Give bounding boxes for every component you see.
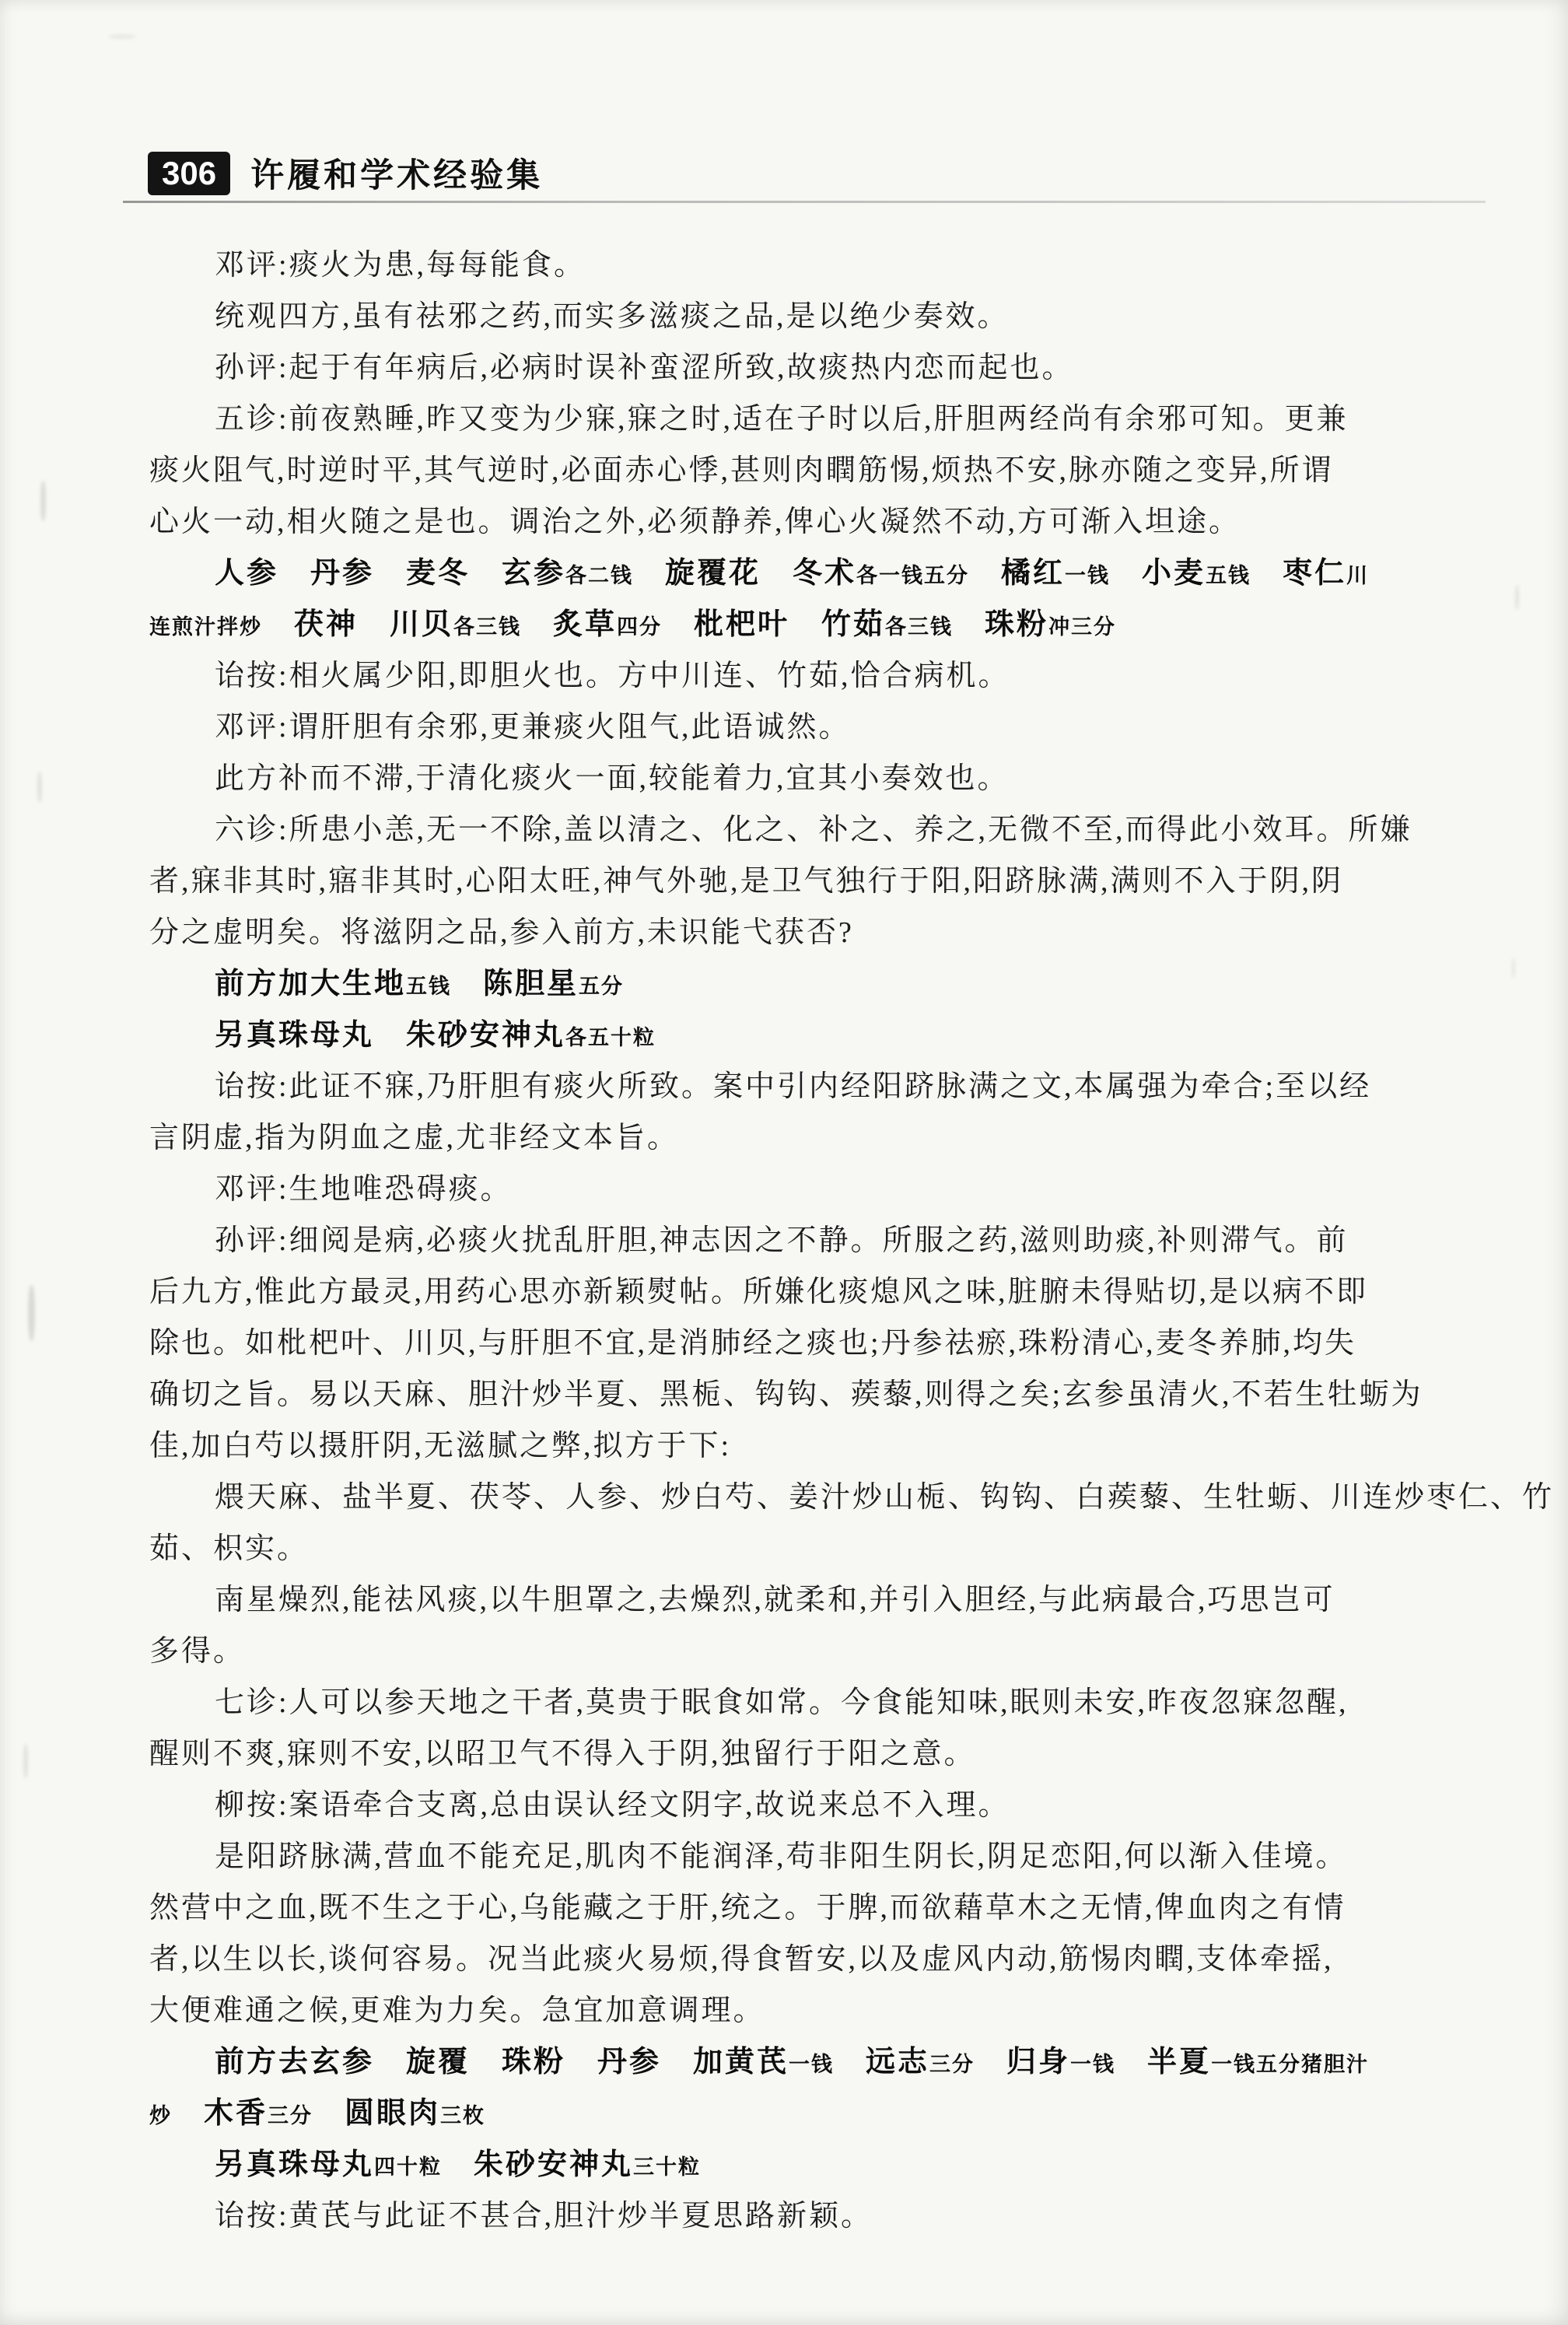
body-text: 六诊:所患小恙,无一不除,盖以清之、化之、补之、养之,无微不至,而得此小效耳。所… bbox=[215, 814, 1412, 846]
body-text: 然营中之血,既不生之于心,乌能藏之于肝,统之。于脾,而欲藉草木之无情,俾血肉之有… bbox=[149, 1892, 1346, 1924]
dosage-small-text: 五分 bbox=[579, 975, 624, 998]
body-text: 邓评:生地唯恐碍痰。 bbox=[215, 1173, 513, 1206]
text-body: 邓评:痰火为患,每每能食。统观四方,虽有祛邪之药,而实多滋痰之品,是以绝少奏效。… bbox=[149, 240, 1504, 2242]
text-line: 人参 丹参 麦冬 玄参各二钱 旋覆花 冬术各一钱五分 橘红一钱 小麦五钱 枣仁川 bbox=[149, 548, 1504, 599]
body-text: 佳,加白芍以摄肝阴,无滋腻之弊,拟方于下: bbox=[149, 1430, 731, 1462]
scan-artifact bbox=[40, 481, 46, 521]
header-divider bbox=[123, 201, 1486, 203]
text-line: 诒按:相火属少阳,即胆火也。方中川连、竹茹,恰合病机。 bbox=[149, 650, 1504, 702]
body-text: 分之虚明矣。将滋阴之品,参入前方,未识能弋获否? bbox=[149, 916, 854, 949]
body-text: 另真珠母丸 bbox=[215, 2148, 374, 2181]
body-text: 枣仁 bbox=[1251, 557, 1346, 590]
body-text: 炙草 bbox=[521, 608, 617, 641]
dosage-small-text: 一钱 bbox=[789, 2053, 834, 2076]
dosage-small-text: 三分 bbox=[268, 2104, 313, 2127]
book-title: 许履和学术经验集 bbox=[250, 149, 543, 197]
body-text: 邓评:痰火为患,每每能食。 bbox=[215, 249, 586, 282]
body-text: 诒按:相火属少阳,即胆火也。方中川连、竹茹,恰合病机。 bbox=[215, 660, 1010, 692]
body-text: 除也。如枇杷叶、川贝,与肝胆不宜,是消肺经之痰也;丹参祛瘀,珠粉清心,麦冬养肺,… bbox=[149, 1327, 1356, 1360]
text-line: 然营中之血,既不生之于心,乌能藏之于肝,统之。于脾,而欲藉草木之无情,俾血肉之有… bbox=[149, 1882, 1504, 1934]
text-line: 醒则不爽,寐则不安,以昭卫气不得入于阴,独留行于阳之意。 bbox=[149, 1728, 1504, 1780]
scan-artifact bbox=[28, 1285, 35, 1341]
dosage-small-text: 五钱 bbox=[406, 975, 451, 998]
body-text: 小麦 bbox=[1110, 557, 1206, 590]
text-line: 分之虚明矣。将滋阴之品,参入前方,未识能弋获否? bbox=[149, 907, 1504, 958]
text-line: 七诊:人可以参天地之干者,莫贵于眠食如常。今食能知味,眠则未安,昨夜忽寐忽醒, bbox=[149, 1677, 1504, 1728]
body-text: 者,以生以长,谈何容易。况当此痰火易烦,得食暂安,以及虚风内动,筋惕肉瞤,支体牵… bbox=[149, 1943, 1334, 1976]
text-line: 后九方,惟此方最灵,用药心思亦新颖熨帖。所嫌化痰熄风之味,脏腑未得贴切,是以病不… bbox=[149, 1266, 1504, 1318]
text-line: 前方去玄参 旋覆 珠粉 丹参 加黄芪一钱 远志三分 归身一钱 半夏一钱五分猪胆汁 bbox=[149, 2036, 1504, 2088]
text-line: 者,以生以长,谈何容易。况当此痰火易烦,得食暂安,以及虚风内动,筋惕肉瞤,支体牵… bbox=[149, 1934, 1504, 1985]
body-text: 人参 丹参 麦冬 玄参 bbox=[215, 557, 565, 590]
text-line: 除也。如枇杷叶、川贝,与肝胆不宜,是消肺经之痰也;丹参祛瘀,珠粉清心,麦冬养肺,… bbox=[149, 1318, 1504, 1369]
body-text: 茹、枳实。 bbox=[149, 1532, 309, 1565]
dosage-small-text: 各二钱 bbox=[565, 564, 633, 587]
body-text: 此方补而不滞,于清化痰火一面,较能着力,宜其小奏效也。 bbox=[215, 762, 1010, 795]
body-text: 朱砂安神丸 bbox=[442, 2148, 633, 2181]
text-line: 孙评:细阅是病,必痰火扰乱肝胆,神志因之不静。所服之药,滋则助痰,补则滞气。前 bbox=[149, 1215, 1504, 1266]
body-text: 陈胆星 bbox=[451, 968, 579, 1000]
body-text: 归身 bbox=[975, 2046, 1070, 2078]
body-text: 诒按:此证不寐,乃肝胆有痰火所致。案中引内经阳跻脉满之文,本属强为牵合;至以经 bbox=[215, 1070, 1371, 1103]
body-text: 珠粉 bbox=[953, 608, 1048, 641]
body-text: 邓评:谓肝胆有余邪,更兼痰火阻气,此语诚然。 bbox=[215, 711, 851, 744]
body-text: 多得。 bbox=[149, 1635, 245, 1668]
text-line: 邓评:生地唯恐碍痰。 bbox=[149, 1164, 1504, 1215]
text-line: 确切之旨。易以天麻、胆汁炒半夏、黑栀、钩钩、蒺藜,则得之矣;玄参虽清火,不若生牡… bbox=[149, 1369, 1504, 1420]
text-line: 统观四方,虽有祛邪之药,而实多滋痰之品,是以绝少奏效。 bbox=[149, 291, 1504, 342]
body-text: 大便难通之候,更难为力矣。急宜加意调理。 bbox=[149, 1994, 765, 2027]
body-text: 远志 bbox=[834, 2046, 929, 2078]
body-text: 南星燥烈,能祛风痰,以牛胆罩之,去燥烈,就柔和,并引入胆经,与此病最合,巧思岂可 bbox=[215, 1584, 1335, 1616]
text-line: 炒 木香三分 圆眼肉三枚 bbox=[149, 2088, 1504, 2139]
body-text: 五诊:前夜熟睡,昨又变为少寐,寐之时,适在子时以后,肝胆两经尚有余邪可知。更兼 bbox=[215, 403, 1349, 436]
book-page: 306 许履和学术经验集 邓评:痰火为患,每每能食。统观四方,虽有祛邪之药,而实… bbox=[0, 0, 1568, 2325]
dosage-small-text: 三枚 bbox=[440, 2104, 485, 2127]
body-text: 者,寐非其时,寤非其时,心阳太旺,神气外驰,是卫气独行于阳,阳跻脉满,满则不入于… bbox=[149, 865, 1343, 898]
dosage-small-text: 各三钱 bbox=[453, 615, 521, 639]
body-text: 痰火阻气,时逆时平,其气逆时,必面赤心悸,甚则肉瞤筋惕,烦热不安,脉亦随之变异,… bbox=[149, 454, 1334, 487]
body-text: 言阴虚,指为阴血之虚,尤非经文本旨。 bbox=[149, 1122, 679, 1154]
body-text: 诒按:黄芪与此证不甚合,胆汁炒半夏思路新颖。 bbox=[215, 2200, 873, 2232]
dosage-small-text: 一钱 bbox=[1065, 564, 1110, 587]
text-line: 连煎汁拌炒 茯神 川贝各三钱 炙草四分 枇杷叶 竹茹各三钱 珠粉冲三分 bbox=[149, 599, 1504, 650]
body-text: 木香 bbox=[172, 2097, 268, 2130]
body-text: 前方去玄参 旋覆 珠粉 丹参 加黄芪 bbox=[215, 2046, 789, 2078]
body-text: 另真珠母丸 朱砂安神丸 bbox=[215, 1019, 565, 1052]
dosage-small-text: 四十粒 bbox=[374, 2155, 442, 2179]
dosage-small-text: 五钱 bbox=[1206, 564, 1251, 587]
text-line: 大便难通之候,更难为力矣。急宜加意调理。 bbox=[149, 1985, 1504, 2036]
text-line: 言阴虚,指为阴血之虚,尤非经文本旨。 bbox=[149, 1112, 1504, 1164]
text-line: 邓评:痰火为患,每每能食。 bbox=[149, 240, 1504, 291]
text-line: 邓评:谓肝胆有余邪,更兼痰火阻气,此语诚然。 bbox=[149, 702, 1504, 753]
body-text: 七诊:人可以参天地之干者,莫贵于眠食如常。今食能知味,眠则未安,昨夜忽寐忽醒, bbox=[215, 1686, 1349, 1719]
text-line: 另真珠母丸四十粒 朱砂安神丸三十粒 bbox=[149, 2139, 1504, 2190]
body-text: 后九方,惟此方最灵,用药心思亦新颖熨帖。所嫌化痰熄风之味,脏腑未得贴切,是以病不… bbox=[149, 1276, 1368, 1308]
body-text: 孙评:细阅是病,必痰火扰乱肝胆,神志因之不静。所服之药,滋则助痰,补则滞气。前 bbox=[215, 1224, 1349, 1257]
body-text: 前方加大生地 bbox=[215, 968, 406, 1000]
text-line: 此方补而不滞,于清化痰火一面,较能着力,宜其小奏效也。 bbox=[149, 753, 1504, 804]
text-line: 者,寐非其时,寤非其时,心阳太旺,神气外驰,是卫气独行于阳,阳跻脉满,满则不入于… bbox=[149, 856, 1504, 907]
body-text: 是阳跻脉满,营血不能充足,肌肉不能润泽,苟非阳生阴长,阴足恋阳,何以渐入佳境。 bbox=[215, 1840, 1348, 1873]
dosage-small-text: 四分 bbox=[617, 615, 662, 639]
body-text: 煨天麻、盐半夏、茯苓、人参、炒白芍、姜汁炒山栀、钩钩、白蒺藜、生牡蛎、川连炒枣仁… bbox=[215, 1481, 1554, 1514]
text-line: 煨天麻、盐半夏、茯苓、人参、炒白芍、姜汁炒山栀、钩钩、白蒺藜、生牡蛎、川连炒枣仁… bbox=[149, 1472, 1504, 1523]
dosage-small-text: 各五十粒 bbox=[565, 1026, 656, 1049]
text-line: 痰火阻气,时逆时平,其气逆时,必面赤心悸,甚则肉瞤筋惕,烦热不安,脉亦随之变异,… bbox=[149, 445, 1504, 496]
dosage-small-text: 一钱五分猪胆汁 bbox=[1211, 2053, 1369, 2076]
body-text: 茯神 川贝 bbox=[262, 608, 453, 641]
text-line: 诒按:此证不寐,乃肝胆有痰火所致。案中引内经阳跻脉满之文,本属强为牵合;至以经 bbox=[149, 1061, 1504, 1112]
text-line: 心火一动,相火随之是也。调治之外,必须静养,俾心火凝然不动,方可渐入坦途。 bbox=[149, 496, 1504, 548]
body-text: 孙评:起于有年病后,必病时误补蛮涩所致,故痰热内恋而起也。 bbox=[215, 352, 1074, 384]
dosage-small-text: 连煎汁拌炒 bbox=[149, 615, 262, 639]
body-text: 醒则不爽,寐则不安,以昭卫气不得入于阴,独留行于阳之意。 bbox=[149, 1738, 976, 1770]
dosage-small-text: 炒 bbox=[149, 2104, 172, 2127]
scan-artifact bbox=[37, 772, 42, 803]
body-text: 半夏 bbox=[1115, 2046, 1211, 2078]
dosage-small-text: 三分 bbox=[929, 2053, 975, 2076]
text-line: 前方加大生地五钱 陈胆星五分 bbox=[149, 958, 1504, 1010]
scan-artifact bbox=[109, 34, 135, 39]
text-line: 佳,加白芍以摄肝阴,无滋腻之弊,拟方于下: bbox=[149, 1420, 1504, 1472]
text-line: 五诊:前夜熟睡,昨又变为少寐,寐之时,适在子时以后,肝胆两经尚有余邪可知。更兼 bbox=[149, 394, 1504, 445]
dosage-small-text: 三十粒 bbox=[633, 2155, 701, 2179]
body-text: 橘红 bbox=[969, 557, 1065, 590]
dosage-small-text: 各三钱 bbox=[885, 615, 953, 639]
text-line: 六诊:所患小恙,无一不除,盖以清之、化之、补之、养之,无微不至,而得此小效耳。所… bbox=[149, 804, 1504, 856]
text-line: 多得。 bbox=[149, 1626, 1504, 1677]
scan-artifact bbox=[1512, 958, 1515, 979]
body-text: 柳按:案语牵合支离,总由误认经文阴字,故说来总不入理。 bbox=[215, 1789, 1010, 1822]
dosage-small-text: 各一钱五分 bbox=[856, 564, 969, 587]
body-text: 旋覆花 冬术 bbox=[633, 557, 856, 590]
text-line: 茹、枳实。 bbox=[149, 1523, 1504, 1574]
scan-artifact bbox=[23, 1744, 28, 1778]
body-text: 圆眼肉 bbox=[313, 2097, 440, 2130]
body-text: 统观四方,虽有祛邪之药,而实多滋痰之品,是以绝少奏效。 bbox=[215, 300, 1010, 333]
text-line: 是阳跻脉满,营血不能充足,肌肉不能润泽,苟非阳生阴长,阴足恋阳,何以渐入佳境。 bbox=[149, 1831, 1504, 1882]
text-line: 南星燥烈,能祛风痰,以牛胆罩之,去燥烈,就柔和,并引入胆经,与此病最合,巧思岂可 bbox=[149, 1574, 1504, 1626]
text-line: 孙评:起于有年病后,必病时误补蛮涩所致,故痰热内恋而起也。 bbox=[149, 342, 1504, 394]
scan-artifact bbox=[1515, 585, 1519, 610]
text-line: 另真珠母丸 朱砂安神丸各五十粒 bbox=[149, 1010, 1504, 1061]
dosage-small-text: 一钱 bbox=[1070, 2053, 1115, 2076]
body-text: 心火一动,相火随之是也。调治之外,必须静养,俾心火凝然不动,方可渐入坦途。 bbox=[149, 506, 1241, 538]
text-line: 柳按:案语牵合支离,总由误认经文阴字,故说来总不入理。 bbox=[149, 1780, 1504, 1831]
dosage-small-text: 冲三分 bbox=[1048, 615, 1116, 639]
body-text: 确切之旨。易以天麻、胆汁炒半夏、黑栀、钩钩、蒺藜,则得之矣;玄参虽清火,不若生牡… bbox=[149, 1378, 1423, 1411]
page-number-badge: 306 bbox=[148, 152, 230, 195]
body-text: 枇杷叶 竹茹 bbox=[662, 608, 885, 641]
dosage-small-text: 川 bbox=[1346, 564, 1369, 587]
text-line: 诒按:黄芪与此证不甚合,胆汁炒半夏思路新颖。 bbox=[149, 2190, 1504, 2242]
page-header: 306 许履和学术经验集 bbox=[148, 149, 543, 197]
